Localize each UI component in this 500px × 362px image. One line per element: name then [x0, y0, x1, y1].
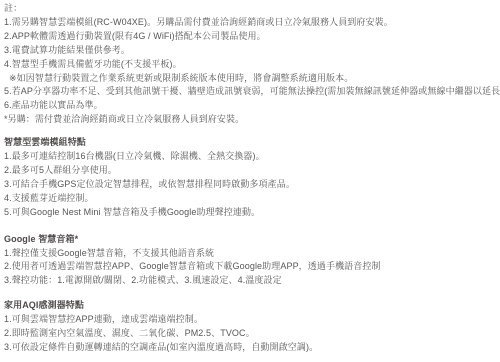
note-line: 2.使用者可透過雲端智慧控APP、Google智慧音箱或下載Google助理AP… [4, 260, 500, 274]
note-line: 2.即時監測室內空氣溫度、濕度、二氧化碳、PM2.5、TVOC。 [4, 327, 500, 341]
product-notes-document: 註：1.需另購智慧雲端模組(RC-W04XE)。另購品需付費並洽詢經銷商或日立冷… [0, 0, 500, 355]
note-line: 3.電費試算功能結果僅供參考。 [4, 44, 500, 58]
note-line: 4.支援藍芽近端控制。 [4, 192, 500, 206]
section-heading-home-aqi-sensor-features: 家用AQI感測器特點 [4, 299, 500, 313]
note-line: 1.可與雲端智慧控APP連動，達成雲端遠端控制。 [4, 313, 500, 327]
note-line: 3.聲控功能：1.電源開啟/關閉、2.功能模式、3.風速設定、4.溫度設定 [4, 274, 500, 288]
note-line: 4.智慧型手機需具備藍牙功能(不支援平板)。 [4, 58, 500, 72]
note-line: 1.需另購智慧雲端模組(RC-W04XE)。另購品需付費並洽詢經銷商或日立冷氣服… [4, 16, 500, 30]
note-line: 1.最多可連結控制16台機器(日立冷氣機、除濕機、全熱交換器)。 [4, 150, 500, 164]
note-line: 5.若AP分享器功率不足、受到其他訊號干擾、牆壁造成訊號衰弱，可能無法操控(需加… [4, 85, 500, 99]
section-heading-google-smart-speaker: Google 智慧音箱* [4, 233, 500, 247]
note-line: 6.產品功能以實品為準。 [4, 99, 500, 113]
note-line: 2.APP軟體需透過行動裝置(限有4G / WiFi)搭配本公司製品使用。 [4, 30, 500, 44]
section-notes: 註：1.需另購智慧雲端模組(RC-W04XE)。另購品需付費並洽詢經銷商或日立冷… [4, 2, 500, 127]
section-heading-notes: 註： [4, 2, 500, 16]
note-line: 1.聲控僅支援Google智慧音箱，不支援其他語音系統 [4, 247, 500, 261]
note-line: 3.可依設定條件自動運轉連結的空調產品(如室內溫度過高時，自動開啟空調)。 [4, 341, 500, 355]
note-line: 2.最多可5人群組分享使用。 [4, 164, 500, 178]
section-home-aqi-sensor-features: 家用AQI感測器特點1.可與雲端智慧控APP連動，達成雲端遠端控制。2.即時監測… [4, 299, 500, 355]
section-google-smart-speaker: Google 智慧音箱*1.聲控僅支援Google智慧音箱，不支援其他語音系統2… [4, 233, 500, 289]
note-line: ※如因智慧行動裝置之作業系統更新或限制系統版本使用時，將會調整系統適用版本。 [4, 72, 500, 86]
section-smart-cloud-module-features: 智慧型雲端模組特點1.最多可連結控制16台機器(日立冷氣機、除濕機、全熱交換器)… [4, 136, 500, 219]
section-heading-smart-cloud-module-features: 智慧型雲端模組特點 [4, 136, 500, 150]
note-line: *另購：需付費並洽詢經銷商或日立冷氣服務人員到府安裝。 [4, 113, 500, 127]
note-line: 5.可與Google Nest Mini 智慧音箱及手機Google助理聲控連動… [4, 206, 500, 220]
note-line: 3.可結合手機GPS定位設定智慧排程，或依智慧排程同時啟動多項產品。 [4, 178, 500, 192]
